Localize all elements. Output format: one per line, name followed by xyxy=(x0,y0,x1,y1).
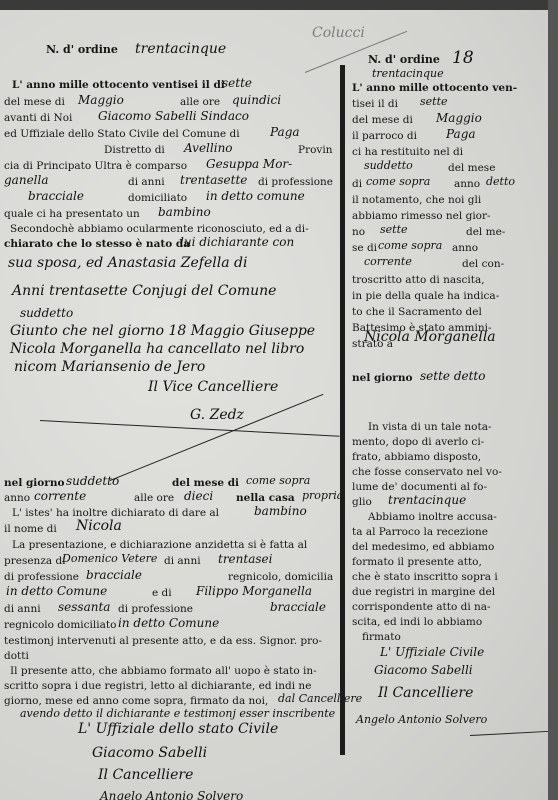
c-line-4: che fosse conservato nel vo- xyxy=(352,467,502,478)
order-value: trentacinque xyxy=(135,42,226,56)
line-3-hand: Giacomo Sabelli Sindaco xyxy=(98,110,249,122)
pres-7-printed: di professione xyxy=(4,572,79,583)
pres-1-hand2: come sopra xyxy=(246,475,310,486)
vice-chancellor-title: Il Vice Cancelliere xyxy=(148,380,278,394)
line-16-hand: Nicola Morganella ha cancellato nel libr… xyxy=(10,342,304,356)
r-line-7: di xyxy=(352,179,362,190)
line-1-printed: L' anno mille ottocento ventisei il di xyxy=(12,80,225,91)
r-line-2-hand: sette xyxy=(420,96,448,107)
c-line-11: che è stato inscritto sopra i xyxy=(352,572,498,583)
pres-2-hand3: propria xyxy=(302,490,343,501)
r-line-7-hand2: detto xyxy=(486,176,515,187)
line-3-printed: avanti di Noi xyxy=(4,113,72,124)
c-line-7: Abbiamo inoltre accusa- xyxy=(368,512,497,523)
r-line-8: il notamento, che noi gli xyxy=(352,195,481,206)
r-line-11: se di xyxy=(352,243,377,254)
c-line-13: corrispondente atto di na- xyxy=(352,602,491,613)
pres-3-hand: bambino xyxy=(254,505,307,517)
pres-10-hand: in detto Comune xyxy=(118,617,219,629)
r-line-11-hand: come sopra xyxy=(378,240,442,251)
r-line-12: del con- xyxy=(462,259,504,270)
line-1-hand: sette xyxy=(222,77,252,89)
r-line-4-hand: Paga xyxy=(446,128,476,140)
pres-7-printed2: regnicolo, domicilia xyxy=(228,572,333,583)
line-6-printed: cia di Principato Ultra è comparso xyxy=(4,161,187,172)
line-2-hand: Maggio xyxy=(78,94,124,106)
line-4-printed: ed Uffiziale dello Stato Civile del Comu… xyxy=(4,129,240,140)
c-line-15: firmato xyxy=(362,632,401,643)
pres-4-hand: Nicola xyxy=(76,519,122,533)
line-7-printed2: di professione xyxy=(258,177,333,188)
pres-9-hand2: bracciale xyxy=(270,601,326,613)
r-line-10: no xyxy=(352,227,365,238)
vice-chancellor-signature: G. Zedz xyxy=(190,408,244,422)
pres-6-hand2: trentasei xyxy=(218,553,272,565)
pres-2-printed3: nella casa xyxy=(236,493,295,504)
r-line-3-hand: Maggio xyxy=(436,112,482,124)
pres-11-printed: testimonj intervenuti al presente atto, … xyxy=(4,636,322,647)
officer-signature: Giacomo Sabelli xyxy=(92,746,207,760)
pres-2-printed: anno xyxy=(4,493,30,504)
right-order-value: 18 xyxy=(452,50,474,67)
pres-2-hand2: dieci xyxy=(184,490,213,502)
pres-9-hand: sessanta xyxy=(58,601,110,613)
line-7-hand: ganella xyxy=(4,174,49,186)
r-line-1: L' anno mille ottocento ven- xyxy=(352,83,517,94)
line-11-hand: lui dichiarante con xyxy=(180,236,294,248)
right-order-words: trentacinque xyxy=(372,68,444,79)
pres-8-printed: e di xyxy=(152,588,172,599)
line-11-printed: chiarato che lo stesso è nato da xyxy=(4,239,190,250)
line-8-printed: domiciliato xyxy=(128,193,187,204)
column-divider xyxy=(340,65,345,755)
pres-13-printed: Il presente atto, che abbiamo formato al… xyxy=(10,666,317,677)
c-line-2: mento, dopo di averlo ci- xyxy=(352,437,484,448)
scan-right-border xyxy=(548,0,558,800)
r-line-10-hand: sette xyxy=(380,224,408,235)
officer-title: L' Uffiziale dello stato Civile xyxy=(78,722,278,736)
line-4-hand: Paga xyxy=(270,126,300,138)
c-line-14: scita, ed indi lo abbiamo xyxy=(352,617,482,628)
pres-9-printed: di anni xyxy=(4,604,41,615)
line-2-printed2: alle ore xyxy=(180,97,220,108)
baptism-day: sette detto xyxy=(420,370,485,382)
pres-1-printed: nel giorno xyxy=(4,478,64,489)
c-line-9: del medesimo, ed abbiamo xyxy=(352,542,494,553)
line-8-hand: bracciale xyxy=(28,190,84,202)
pres-9-printed2: di professione xyxy=(118,604,193,615)
pres-12-printed: dotti xyxy=(4,651,29,662)
r-line-10-printed2: del me- xyxy=(466,227,505,238)
r-line-6-hand: suddetto xyxy=(364,160,413,171)
line-7-hand2: trentasette xyxy=(180,174,247,186)
pres-16-hand: avendo detto il dichiarante e testimonj … xyxy=(20,708,335,719)
margin-note: Colucci xyxy=(312,26,365,40)
line-2-hand2: quindici xyxy=(232,94,281,106)
pres-1-printed2: del mese di xyxy=(172,478,239,489)
r-line-11-printed2: anno xyxy=(452,243,478,254)
pres-8-hand2: Filippo Morganella xyxy=(196,585,312,597)
c-line-3: frato, abbiamo disposto, xyxy=(352,452,481,463)
line-5-printed: Distretto di xyxy=(104,145,165,156)
chancellor-title: Il Cancelliere xyxy=(98,768,193,782)
c-line-10: formato il presente atto, xyxy=(352,557,482,568)
c-line-6: glio xyxy=(352,497,372,508)
chancellor-signature: Angelo Antonio Solvero xyxy=(100,790,243,800)
line-7-printed: di anni xyxy=(128,177,165,188)
r-line-3: del mese di xyxy=(352,115,413,126)
line-5-hand: Avellino xyxy=(184,142,233,154)
line-12-hand: sua sposa, ed Anastasia Zefella di xyxy=(8,256,247,270)
line-15-hand: Giunto che nel giorno 18 Maggio Giuseppe xyxy=(10,324,315,338)
line-2-printed: del mese di xyxy=(4,97,65,108)
pres-15-printed: giorno, mese ed anno come sopra, firmato… xyxy=(4,696,268,707)
c-line-6-hand: trentacinque xyxy=(388,494,466,506)
r-line-5: ci ha restituito nel di xyxy=(352,147,463,158)
r-line-6: del mese xyxy=(448,163,495,174)
pres-2-printed2: alle ore xyxy=(134,493,174,504)
flourish-line xyxy=(470,731,550,736)
pres-1-hand: suddetto xyxy=(66,475,119,487)
right-order-label: N. d' ordine xyxy=(368,54,440,65)
pres-14-printed: scritto sopra i due registri, letto al d… xyxy=(4,681,311,692)
pres-6-hand: Domenico Vetere xyxy=(62,553,157,564)
c-line-8: ta al Parroco la recezione xyxy=(352,527,488,538)
document-page: N. d' ordine trentacinque L' anno mille … xyxy=(0,10,548,800)
line-9-printed: quale ci ha presentato un xyxy=(4,209,140,220)
line-17-hand: nicom Mariansenio de Jero xyxy=(14,360,205,374)
line-6-hand: Gesuppa Mor- xyxy=(206,158,292,170)
baptized-name: Nicola Morganella xyxy=(364,330,496,344)
c-line-1: In vista di un tale nota- xyxy=(368,422,492,433)
pres-2-hand: corrente xyxy=(34,490,86,502)
line-13-hand: Anni trentasette Conjugi del Comune xyxy=(12,284,276,298)
line-5-printed2: Provin xyxy=(298,145,332,156)
pres-5-printed: La presentazione, e dichiarazione anzide… xyxy=(12,540,307,551)
baptism-day-label: nel giorno xyxy=(352,373,412,384)
r-line-7-hand: come sopra xyxy=(366,176,430,187)
line-9-hand: bambino xyxy=(158,206,211,218)
line-10-printed: Secondochè abbiamo ocularmente riconosci… xyxy=(10,224,309,235)
r-line-7-printed2: anno xyxy=(454,179,480,190)
pres-15-hand: dal Cancelliere xyxy=(278,693,362,704)
pres-3-printed: L' istes' ha inoltre dichiarato di dare … xyxy=(12,508,219,519)
c-line-5: lume de' documenti al fo- xyxy=(352,482,487,493)
r-line-9: abbiamo rimesso nel gior- xyxy=(352,211,491,222)
pres-6-printed2: di anni xyxy=(164,556,201,567)
r-line-12-hand: corrente xyxy=(364,256,412,267)
right-chancellor-title: Il Cancelliere xyxy=(378,686,473,700)
right-chancellor-signature: Angelo Antonio Solvero xyxy=(356,714,487,725)
order-label: N. d' ordine xyxy=(46,44,118,55)
r-line-14: in pie della quale ha indica- xyxy=(352,291,499,302)
r-line-13: troscritto atto di nascita, xyxy=(352,275,485,286)
r-line-4: il parroco di xyxy=(352,131,417,142)
r-line-2: tisei il di xyxy=(352,99,398,110)
line-8-hand2: in detto comune xyxy=(206,190,305,202)
line-14-hand: suddetto xyxy=(20,307,73,319)
right-officer-title: L' Uffiziale Civile xyxy=(380,646,484,658)
pres-8-hand: in detto Comune xyxy=(6,585,107,597)
pres-6-printed: presenza di xyxy=(4,556,66,567)
pres-10-printed: regnicolo domiciliato xyxy=(4,620,116,631)
pres-7-hand: bracciale xyxy=(86,569,142,581)
r-line-15: to che il Sacramento del xyxy=(352,307,482,318)
right-officer-signature: Giacomo Sabelli xyxy=(374,664,473,676)
c-line-12: due registri in margine del xyxy=(352,587,495,598)
pres-4-printed: il nome di xyxy=(4,524,57,535)
